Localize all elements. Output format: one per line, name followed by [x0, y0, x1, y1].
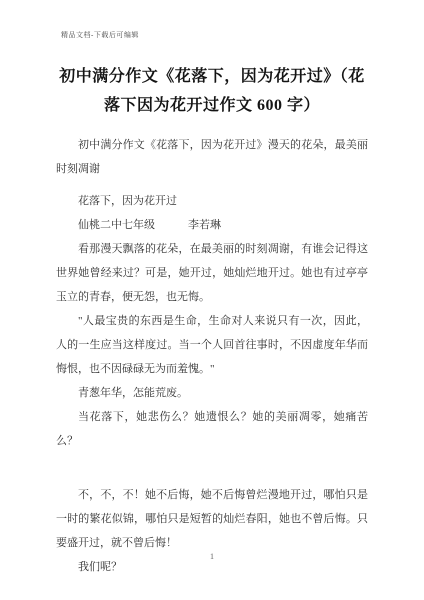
paragraph-body-3: 当花落下，她悲伤么？她遗恨么？她的美丽凋零，她痛苦么？ — [56, 405, 368, 453]
paragraph-intro: 初中满分作文《花落下，因为花开过》漫天的花朵，最美丽时刻凋谢 — [56, 133, 368, 181]
paragraph-essay-heading: 花落下，因为花开过 — [56, 189, 368, 213]
paragraph-body-4: 不，不，不！她不后悔，她不后悔曾烂漫地开过，哪怕只是一时的繁花似锦，哪怕只是短暂… — [56, 483, 368, 555]
essay-title: 初中满分作文《花落下，因为花开过》（花落下因为花开过作文 600 字） — [56, 62, 368, 120]
paragraph-quote: "人最宝贵的东西是生命，生命对人来说只有一次，因此，人的一生应当这样度过。当一个… — [56, 309, 368, 381]
watermark-text: 精品文档-下载后可编辑 — [61, 30, 139, 40]
document-body: 初中满分作文《花落下，因为花开过》（花落下因为花开过作文 600 字） 初中满分… — [56, 62, 368, 579]
page-number: 1 — [0, 552, 424, 561]
paragraph-body-2: 青葱年华，怎能荒废。 — [56, 381, 368, 405]
paragraph-author-line: 仙桃二中七年级 李若琳 — [56, 213, 368, 237]
paragraph-body-1: 看那漫天飘落的花朵，在最美丽的时刻凋谢，有谁会记得这世界她曾经来过？可是，她开过… — [56, 237, 368, 309]
document-page: 精品文档-下载后可编辑 初中满分作文《花落下，因为花开过》（花落下因为花开过作文… — [0, 0, 424, 600]
